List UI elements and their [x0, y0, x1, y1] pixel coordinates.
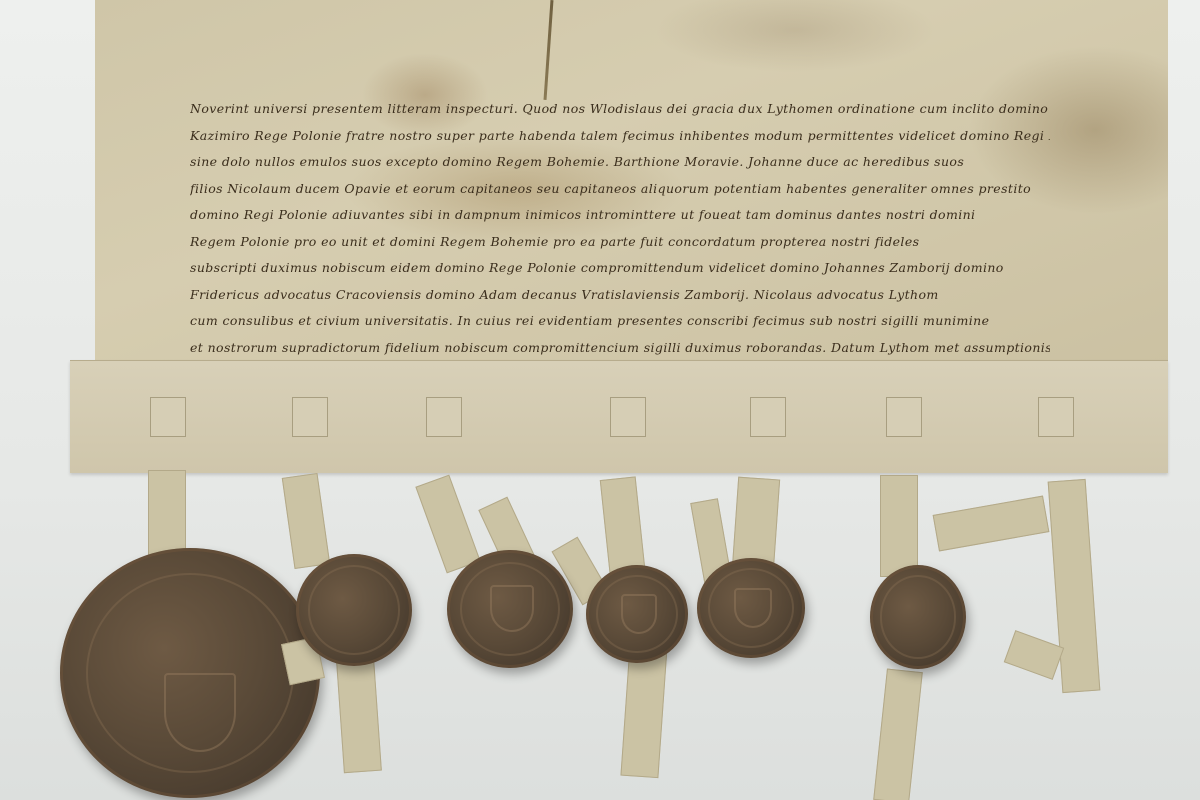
tag-slit [750, 397, 786, 437]
charter-text: Noverint universi presentem litteram ins… [190, 96, 1050, 388]
tag-slit [426, 397, 462, 437]
tag-slit [1038, 397, 1074, 437]
shield-icon [734, 588, 773, 628]
text-line: et nostrorum supradictorum fidelium nobi… [190, 335, 1050, 362]
seal-large [60, 548, 320, 798]
seal-2 [296, 554, 412, 666]
seal-6 [870, 565, 966, 669]
seal-tag [415, 475, 480, 574]
seal-3 [447, 550, 573, 668]
text-line: subscripti duximus nobiscum eidem domino… [190, 255, 1050, 282]
seal-5 [697, 558, 805, 658]
shield-icon [490, 585, 534, 631]
seal-tag [880, 475, 918, 577]
seal-tag [282, 473, 330, 569]
plica-fold-strip [70, 360, 1168, 473]
seal-tag [620, 644, 667, 778]
text-line: sine dolo nullos emulos suos excepto dom… [190, 149, 1050, 176]
shield-icon [621, 594, 658, 633]
seal-tag [1004, 630, 1064, 680]
seal-tag [732, 477, 780, 572]
text-line: Regem Polonie pro eo unit et domini Rege… [190, 229, 1050, 256]
text-line: Noverint universi presentem litteram ins… [190, 96, 1050, 123]
text-line: domino Regi Polonie adiuvantes sibi in d… [190, 202, 1050, 229]
text-line: Fridericus advocatus Cracoviensis domino… [190, 282, 1050, 309]
seal-tag [336, 659, 382, 773]
text-line: Kazimiro Rege Polonie fratre nostro supe… [190, 123, 1050, 150]
parchment-crease [544, 0, 554, 100]
text-line: cum consulibus et civium universitatis. … [190, 308, 1050, 335]
seal-tag [873, 668, 923, 800]
tag-slit [886, 397, 922, 437]
tag-slit [610, 397, 646, 437]
seal-tag [933, 496, 1050, 552]
tag-slit [292, 397, 328, 437]
coat-of-arms-icon [164, 673, 236, 752]
text-line: filios Nicolaum ducem Opavie et eorum ca… [190, 176, 1050, 203]
seal-4 [586, 565, 688, 663]
tag-slit [150, 397, 186, 437]
